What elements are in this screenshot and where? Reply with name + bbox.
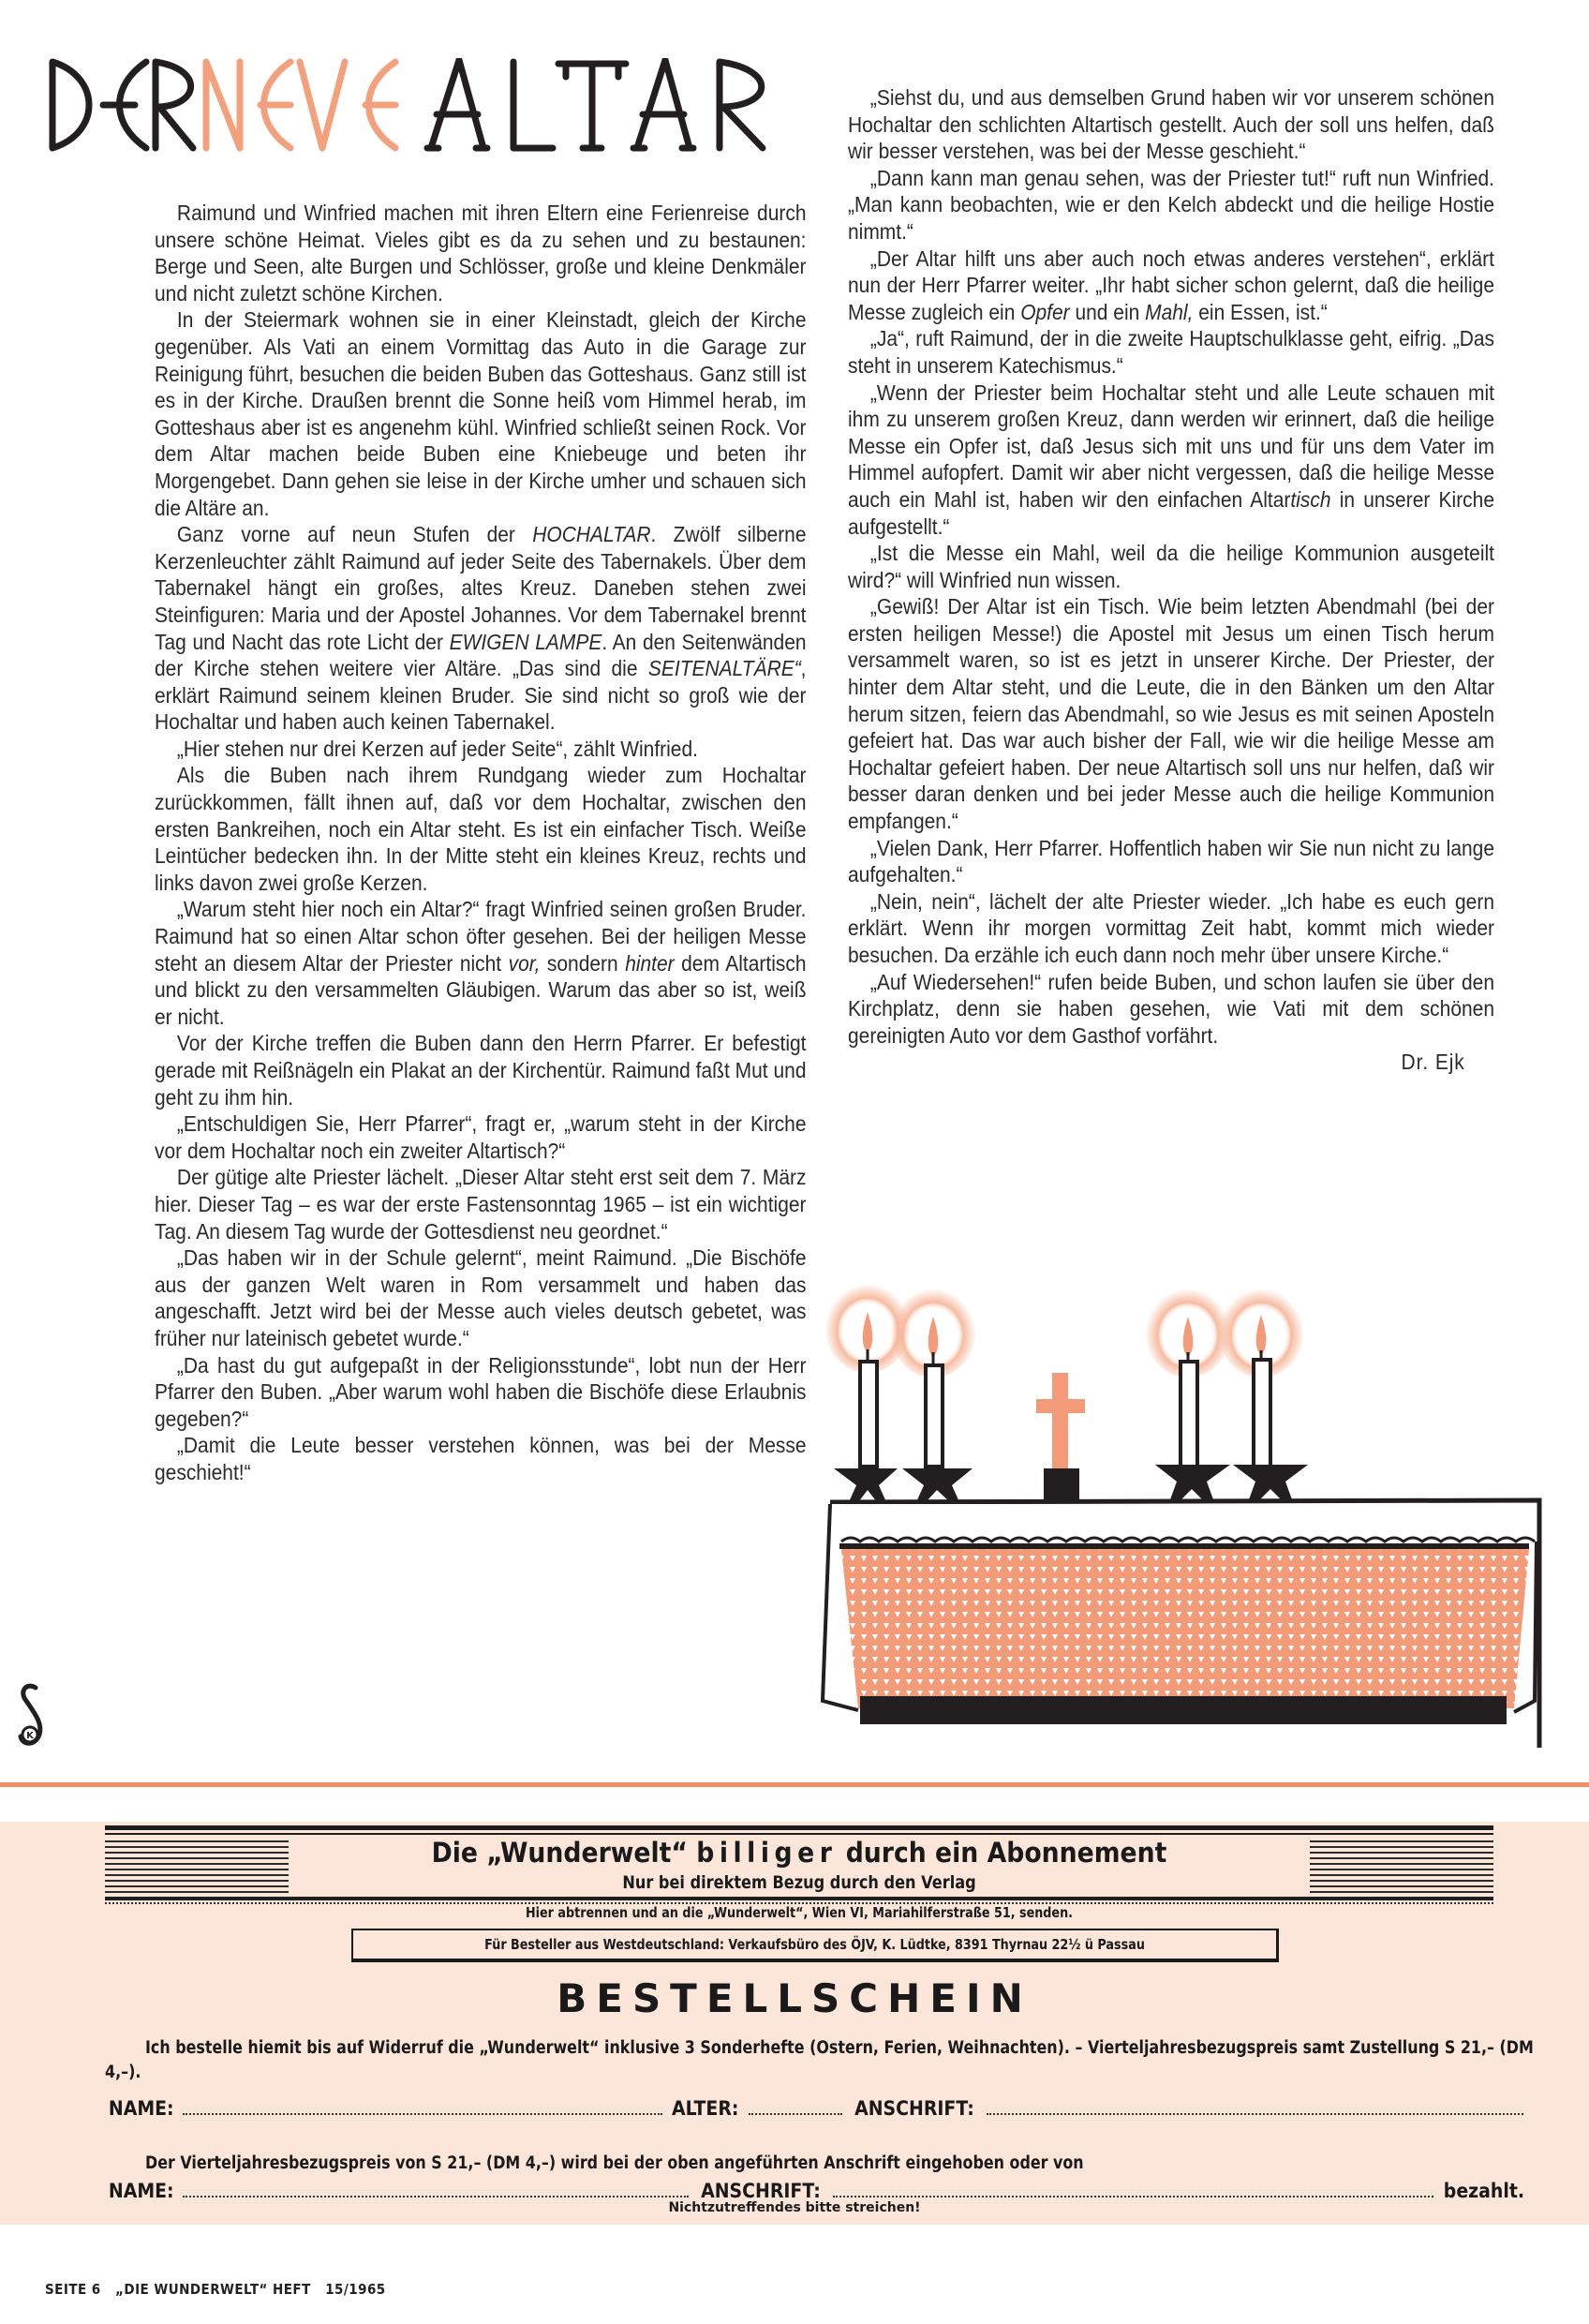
name-field[interactable] (183, 2098, 662, 2115)
banner-title: Die „Wunderwelt“ billiger durch ein Abon… (333, 1837, 1265, 1869)
payer-name-field[interactable] (183, 2181, 689, 2197)
paragraph: „Wenn der Priester beim Hochaltar steht … (848, 380, 1494, 541)
subscriber-fields-row: NAME: ALTER: ANSCHRIFT: (105, 2097, 1529, 2120)
cut-instruction: Hier abtrennen und an die „Wunderwelt“, … (209, 1904, 1389, 1921)
address-field[interactable] (987, 2098, 1523, 2115)
svg-text:K: K (26, 1731, 35, 1741)
paragraph: „Das haben wir in der Schule gelernt“, m… (155, 1244, 807, 1351)
paragraph: Der gütige alte Priester lächelt. „Diese… (155, 1164, 807, 1244)
payment-statement: Der Vierteljahresbezugspreis von S 21,– … (105, 2153, 1084, 2173)
order-form-heading: BESTELLSCHEIN (0, 1975, 1589, 2021)
title-lettering (45, 58, 832, 161)
paragraph: „Ist die Messe ein Mahl, weil da die hei… (848, 540, 1494, 593)
article-title (45, 58, 832, 161)
cross-icon (1036, 1373, 1085, 1468)
altar-illustration (813, 1260, 1544, 1748)
banner-subtitle: Nur bei direktem Bezug durch den Verlag (368, 1872, 1230, 1893)
order-statement: Ich bestelle hiemit bis auf Widerruf die… (105, 2036, 1539, 2085)
paragraph: „Dann kann man genau sehen, was der Prie… (848, 165, 1494, 246)
paragraph: „Vielen Dank, Herr Pfarrer. Hoffentlich … (848, 835, 1494, 888)
paragraph: „Hier stehen nur drei Kerzen auf jeder S… (155, 736, 807, 763)
article-left-column: Raimund und Winfried machen mit ihren El… (155, 200, 807, 1486)
paragraph: Raimund und Winfried machen mit ihren El… (155, 200, 807, 306)
decorative-stripes (1310, 1840, 1493, 1895)
paragraph: „Ja“, ruft Raimund, der in die zweite Ha… (848, 325, 1494, 379)
publisher-logo-icon: K (13, 1682, 47, 1748)
west-germany-note-box: Für Besteller aus Westdeutschland: Verka… (351, 1929, 1279, 1962)
strike-note: Nichtzutreffendes bitte streichen! (0, 2200, 1589, 2215)
paragraph: „Gewiß! Der Altar ist ein Tisch. Wie bei… (848, 593, 1494, 834)
paragraph: „Nein, nein“, lächelt der alte Priester … (848, 888, 1494, 969)
paragraph: „Auf Wiedersehen!“ rufen beide Buben, un… (848, 969, 1494, 1050)
author-signature: Dr. Ejk (848, 1049, 1494, 1076)
magazine-page: Raimund und Winfried machen mit ihren El… (0, 0, 1589, 2324)
page-footer: SEITE 6 „DIE WUNDERWELT“ HEFT 15/1965 (45, 2281, 386, 2298)
paragraph: „Der Altar hilft uns aber auch noch etwa… (848, 246, 1494, 326)
paragraph: In der Steiermark wohnen sie in einer Kl… (155, 306, 807, 521)
candle-glow-icons (824, 1279, 1304, 1378)
paragraph: „Entschuldigen Sie, Herr Pfarrer“, fragt… (155, 1110, 807, 1164)
paragraph: „Damit die Leute besser verstehen können… (155, 1432, 807, 1485)
payer-address-field[interactable] (833, 2181, 1433, 2197)
paragraph: Als die Buben nach ihrem Rundgang wieder… (155, 762, 807, 896)
subscription-banner: Die „Wunderwelt“ billiger durch ein Abon… (105, 1825, 1493, 1900)
paragraph: Vor der Kirche treffen die Buben dann de… (155, 1030, 807, 1110)
article-right-column: „Siehst du, und aus demselben Grund habe… (848, 84, 1494, 1076)
payer-fields-row: NAME: ANSCHRIFT: bezahlt. (105, 2180, 1529, 2202)
paragraph: Ganz vorne auf neun Stufen der HOCHALTAR… (155, 521, 807, 736)
paragraph: „Siehst du, und aus demselben Grund habe… (848, 84, 1494, 165)
paragraph: „Warum steht hier noch ein Altar?“ fragt… (155, 896, 807, 1030)
decorative-stripes (105, 1840, 289, 1895)
section-divider (0, 1782, 1589, 1787)
age-field[interactable] (749, 2098, 842, 2115)
paragraph: „Da hast du gut aufgepaßt in der Religio… (155, 1352, 807, 1433)
